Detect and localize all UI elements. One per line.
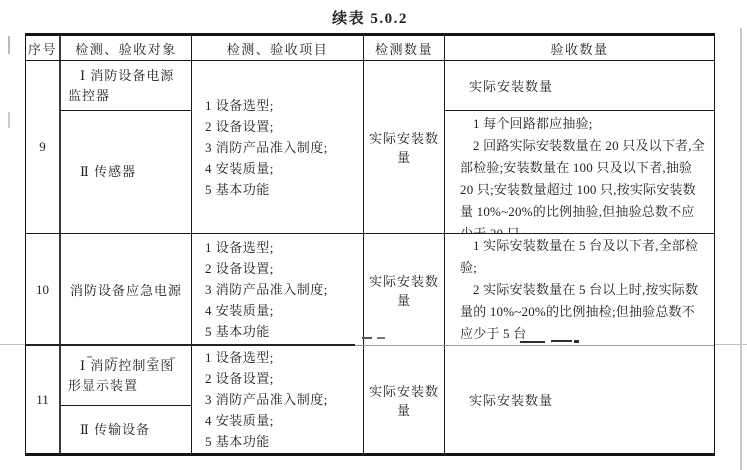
object-item: Ⅱ 传感器 — [61, 162, 191, 182]
header-cell-acceptance-qty: 验收数量 — [444, 36, 714, 60]
serial-number: 11 — [36, 392, 49, 408]
header-cell-object: 检测、验收对象 — [59, 36, 191, 60]
item-line: 5 基本功能 — [205, 431, 363, 452]
item-line: 4 安装质量; — [205, 300, 363, 321]
item-line: 4 安装质量; — [205, 410, 363, 431]
page-edge — [740, 28, 742, 470]
acceptance-cell: 实际安装数量 — [444, 346, 714, 453]
header-label: 检测、验收对象 — [75, 39, 177, 58]
scan-artifact — [551, 340, 572, 342]
acceptance-paragraph: 2 实际安装数量在 5 台以上时,按实际数量的 10%~20%的比例抽检;但抽验… — [460, 279, 705, 345]
scan-artifact — [520, 341, 545, 343]
item-line: 1 设备选型; — [205, 237, 363, 258]
scan-artifact — [110, 357, 118, 359]
object-subcell-2: Ⅱ 传输设备 — [61, 406, 191, 453]
scan-artifact — [362, 337, 372, 339]
test-qty-value: 实际安装数量 — [364, 381, 444, 419]
header-row: 序号 检测、验收对象 检测、验收项目 检测数量 验收数量 — [26, 36, 714, 61]
object-item: 消防设备应急电源 — [61, 280, 191, 299]
object-subcell-2: Ⅱ 传感器 — [61, 111, 191, 233]
object-item: Ⅱ 传输设备 — [61, 420, 191, 440]
header-label: 序号 — [28, 39, 57, 58]
items-cell: 1 设备选型; 2 设备设置; 3 消防产品准入制度; 4 安装质量; 5 基本… — [191, 346, 363, 453]
acceptance-paragraph: 1 实际安装数量在 5 台及以下者,全部检验; — [460, 235, 705, 279]
header-cell-serial: 序号 — [26, 36, 59, 60]
header-label: 验收数量 — [550, 39, 608, 58]
object-cell: 消防设备应急电源 — [59, 234, 191, 345]
scan-artifact — [150, 357, 156, 359]
object-subcell-1: Ⅰ 消防控制室图形显示装置 — [61, 346, 191, 406]
table-title: 续表 5.0.2 — [25, 7, 715, 28]
item-line: 5 基本功能 — [205, 321, 363, 342]
object-item: Ⅰ 消防设备电源监控器 — [61, 66, 191, 106]
items-cell: 1 设备选型; 2 设备设置; 3 消防产品准入制度; 4 安装质量; 5 基本… — [191, 61, 363, 233]
serial-cell: 10 — [26, 234, 59, 345]
header-label: 检测数量 — [375, 39, 433, 58]
acceptance-value: 实际安装数量 — [445, 390, 714, 409]
item-line: 1 设备选型; — [205, 95, 363, 116]
serial-cell: 9 — [26, 61, 59, 233]
page-edge — [8, 36, 10, 54]
item-line: 1 设备选型; — [205, 347, 363, 368]
test-qty-value: 实际安装数量 — [364, 271, 444, 309]
item-line: 3 消防产品准入制度; — [205, 389, 363, 410]
item-line: 2 设备设置; — [205, 258, 363, 279]
header-cell-items: 检测、验收项目 — [191, 36, 363, 60]
object-item: Ⅰ 消防控制室图形显示装置 — [61, 356, 191, 396]
scan-artifact — [87, 356, 92, 358]
header-label: 检测、验收项目 — [227, 39, 329, 58]
test-qty-value: 实际安装数量 — [364, 128, 444, 166]
acceptance-subcell-1: 实际安装数量 — [445, 61, 714, 111]
table-row-10: 10 消防设备应急电源 1 设备选型; 2 设备设置; 3 消防产品准入制度; … — [26, 234, 714, 346]
test-qty-cell: 实际安装数量 — [363, 61, 444, 233]
item-line: 3 消防产品准入制度; — [205, 137, 363, 158]
scan-line-artifact — [715, 344, 747, 345]
table-row-9: 9 Ⅰ 消防设备电源监控器 Ⅱ 传感器 1 设备选型; 2 设备设置; 3 消防… — [26, 61, 714, 234]
test-qty-cell: 实际安装数量 — [363, 234, 444, 345]
object-cell: Ⅰ 消防控制室图形显示装置 Ⅱ 传输设备 — [59, 346, 191, 453]
object-subcell-1: Ⅰ 消防设备电源监控器 — [61, 61, 191, 111]
scan-line-artifact — [0, 344, 25, 345]
scanned-document-page: 续表 5.0.2 序号 检测、验收对象 检测、验收项目 检测数量 验收数量 9 … — [0, 0, 747, 470]
table-row-11: 11 Ⅰ 消防控制室图形显示装置 Ⅱ 传输设备 1 设备选型; 2 设备设置; … — [26, 346, 714, 453]
scan-artifact — [574, 340, 579, 343]
test-qty-cell: 实际安装数量 — [363, 346, 444, 453]
acceptance-paragraph: 1 每个回路都应抽验; — [460, 113, 705, 135]
item-line: 3 消防产品准入制度; — [205, 279, 363, 300]
acceptance-cell: 1 实际安装数量在 5 台及以下者,全部检验; 2 实际安装数量在 5 台以上时… — [444, 234, 714, 345]
header-cell-test-qty: 检测数量 — [363, 36, 444, 60]
acceptance-subcell-2: 1 每个回路都应抽验; 2 回路实际安装数量在 20 只及以下者,全部检验;安装… — [445, 111, 714, 233]
acceptance-value: 实际安装数量 — [445, 76, 714, 95]
acceptance-cell: 实际安装数量 1 每个回路都应抽验; 2 回路实际安装数量在 20 只及以下者,… — [444, 61, 714, 233]
scan-artifact — [170, 357, 175, 359]
item-line: 5 基本功能 — [205, 179, 363, 200]
items-cell: 1 设备选型; 2 设备设置; 3 消防产品准入制度; 4 安装质量; 5 基本… — [191, 234, 363, 345]
page-edge — [8, 112, 10, 128]
item-line: 2 设备设置; — [205, 116, 363, 137]
serial-number: 9 — [39, 139, 46, 155]
acceptance-table: 序号 检测、验收对象 检测、验收项目 检测数量 验收数量 9 Ⅰ 消防设备电源监… — [25, 33, 715, 456]
serial-cell: 11 — [26, 346, 59, 453]
scan-artifact — [377, 337, 385, 339]
item-line: 2 设备设置; — [205, 368, 363, 389]
scan-artifact — [25, 344, 355, 346]
object-cell: Ⅰ 消防设备电源监控器 Ⅱ 传感器 — [59, 61, 191, 233]
item-line: 4 安装质量; — [205, 158, 363, 179]
acceptance-paragraph: 2 回路实际安装数量在 20 只及以下者,全部检验;安装数量在 100 只及以下… — [460, 135, 705, 233]
serial-number: 10 — [36, 282, 49, 298]
